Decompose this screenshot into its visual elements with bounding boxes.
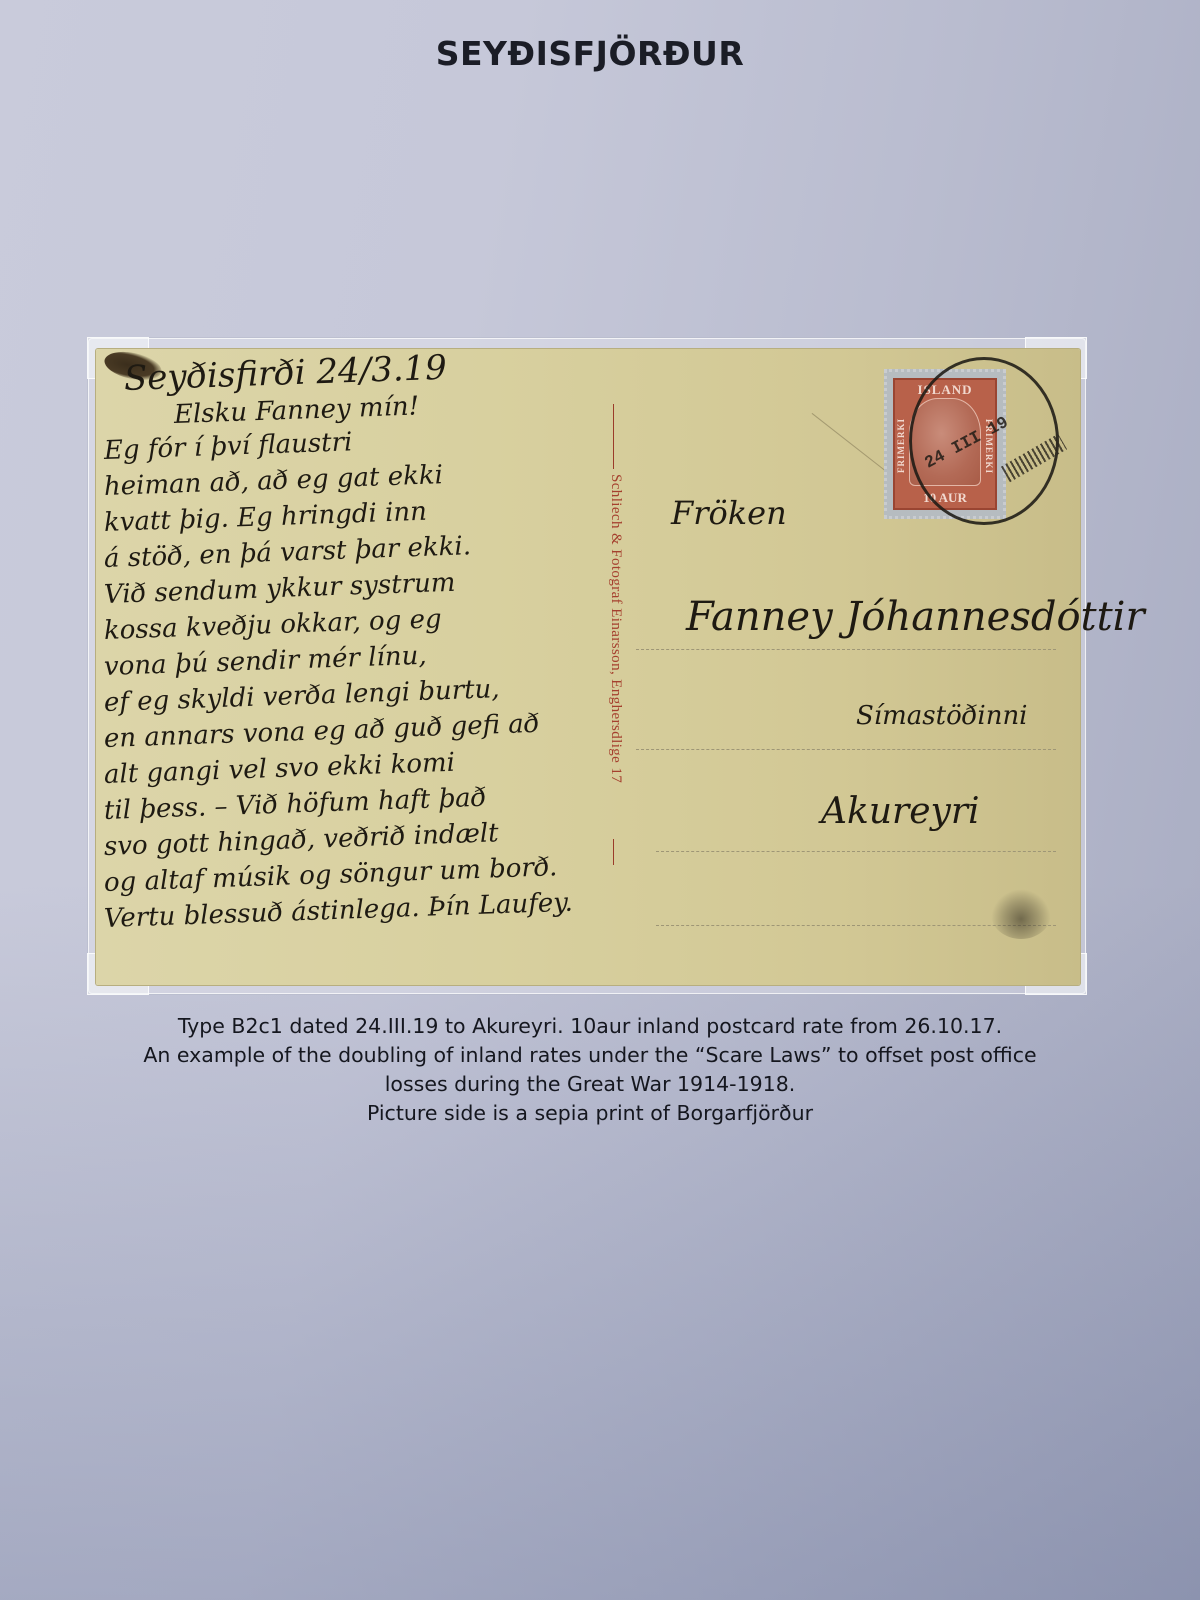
address-salutation: Fröken [671, 494, 787, 532]
caption-line: An example of the doubling of inland rat… [0, 1041, 1180, 1070]
address-recipient-name: Fanney Jóhannesdóttir [686, 594, 1145, 640]
printer-imprint: Schliech & Fotograf Einarsson, Enghersdl… [607, 474, 624, 834]
caption-line: Picture side is a sepia print of Borgarf… [0, 1099, 1180, 1128]
caption-line: Type B2c1 dated 24.III.19 to Akureyri. 1… [0, 1012, 1180, 1041]
caption-line: losses during the Great War 1914-1918. [0, 1070, 1180, 1099]
address-rule [636, 749, 1056, 750]
page-title: SEYÐISFJÖRÐUR [0, 34, 1180, 73]
postcard: Seyðisfirði 24/3.19 Elsku Fanney mín! Eg… [96, 349, 1080, 985]
foxing-stain [991, 889, 1051, 939]
stamp-side-text: FRIMERKI [896, 400, 906, 492]
address-city: Akureyri [821, 791, 980, 832]
exhibit-caption: Type B2c1 dated 24.III.19 to Akureyri. 1… [0, 1012, 1180, 1128]
handwritten-message: Seyðisfirði 24/3.19 Elsku Fanney mín! Eg… [104, 361, 614, 937]
divider-line [613, 839, 614, 865]
address-street: Símastöðinni [856, 701, 1028, 731]
address-rule [656, 851, 1056, 852]
divider-line [613, 404, 614, 469]
address-rule [636, 649, 1056, 650]
